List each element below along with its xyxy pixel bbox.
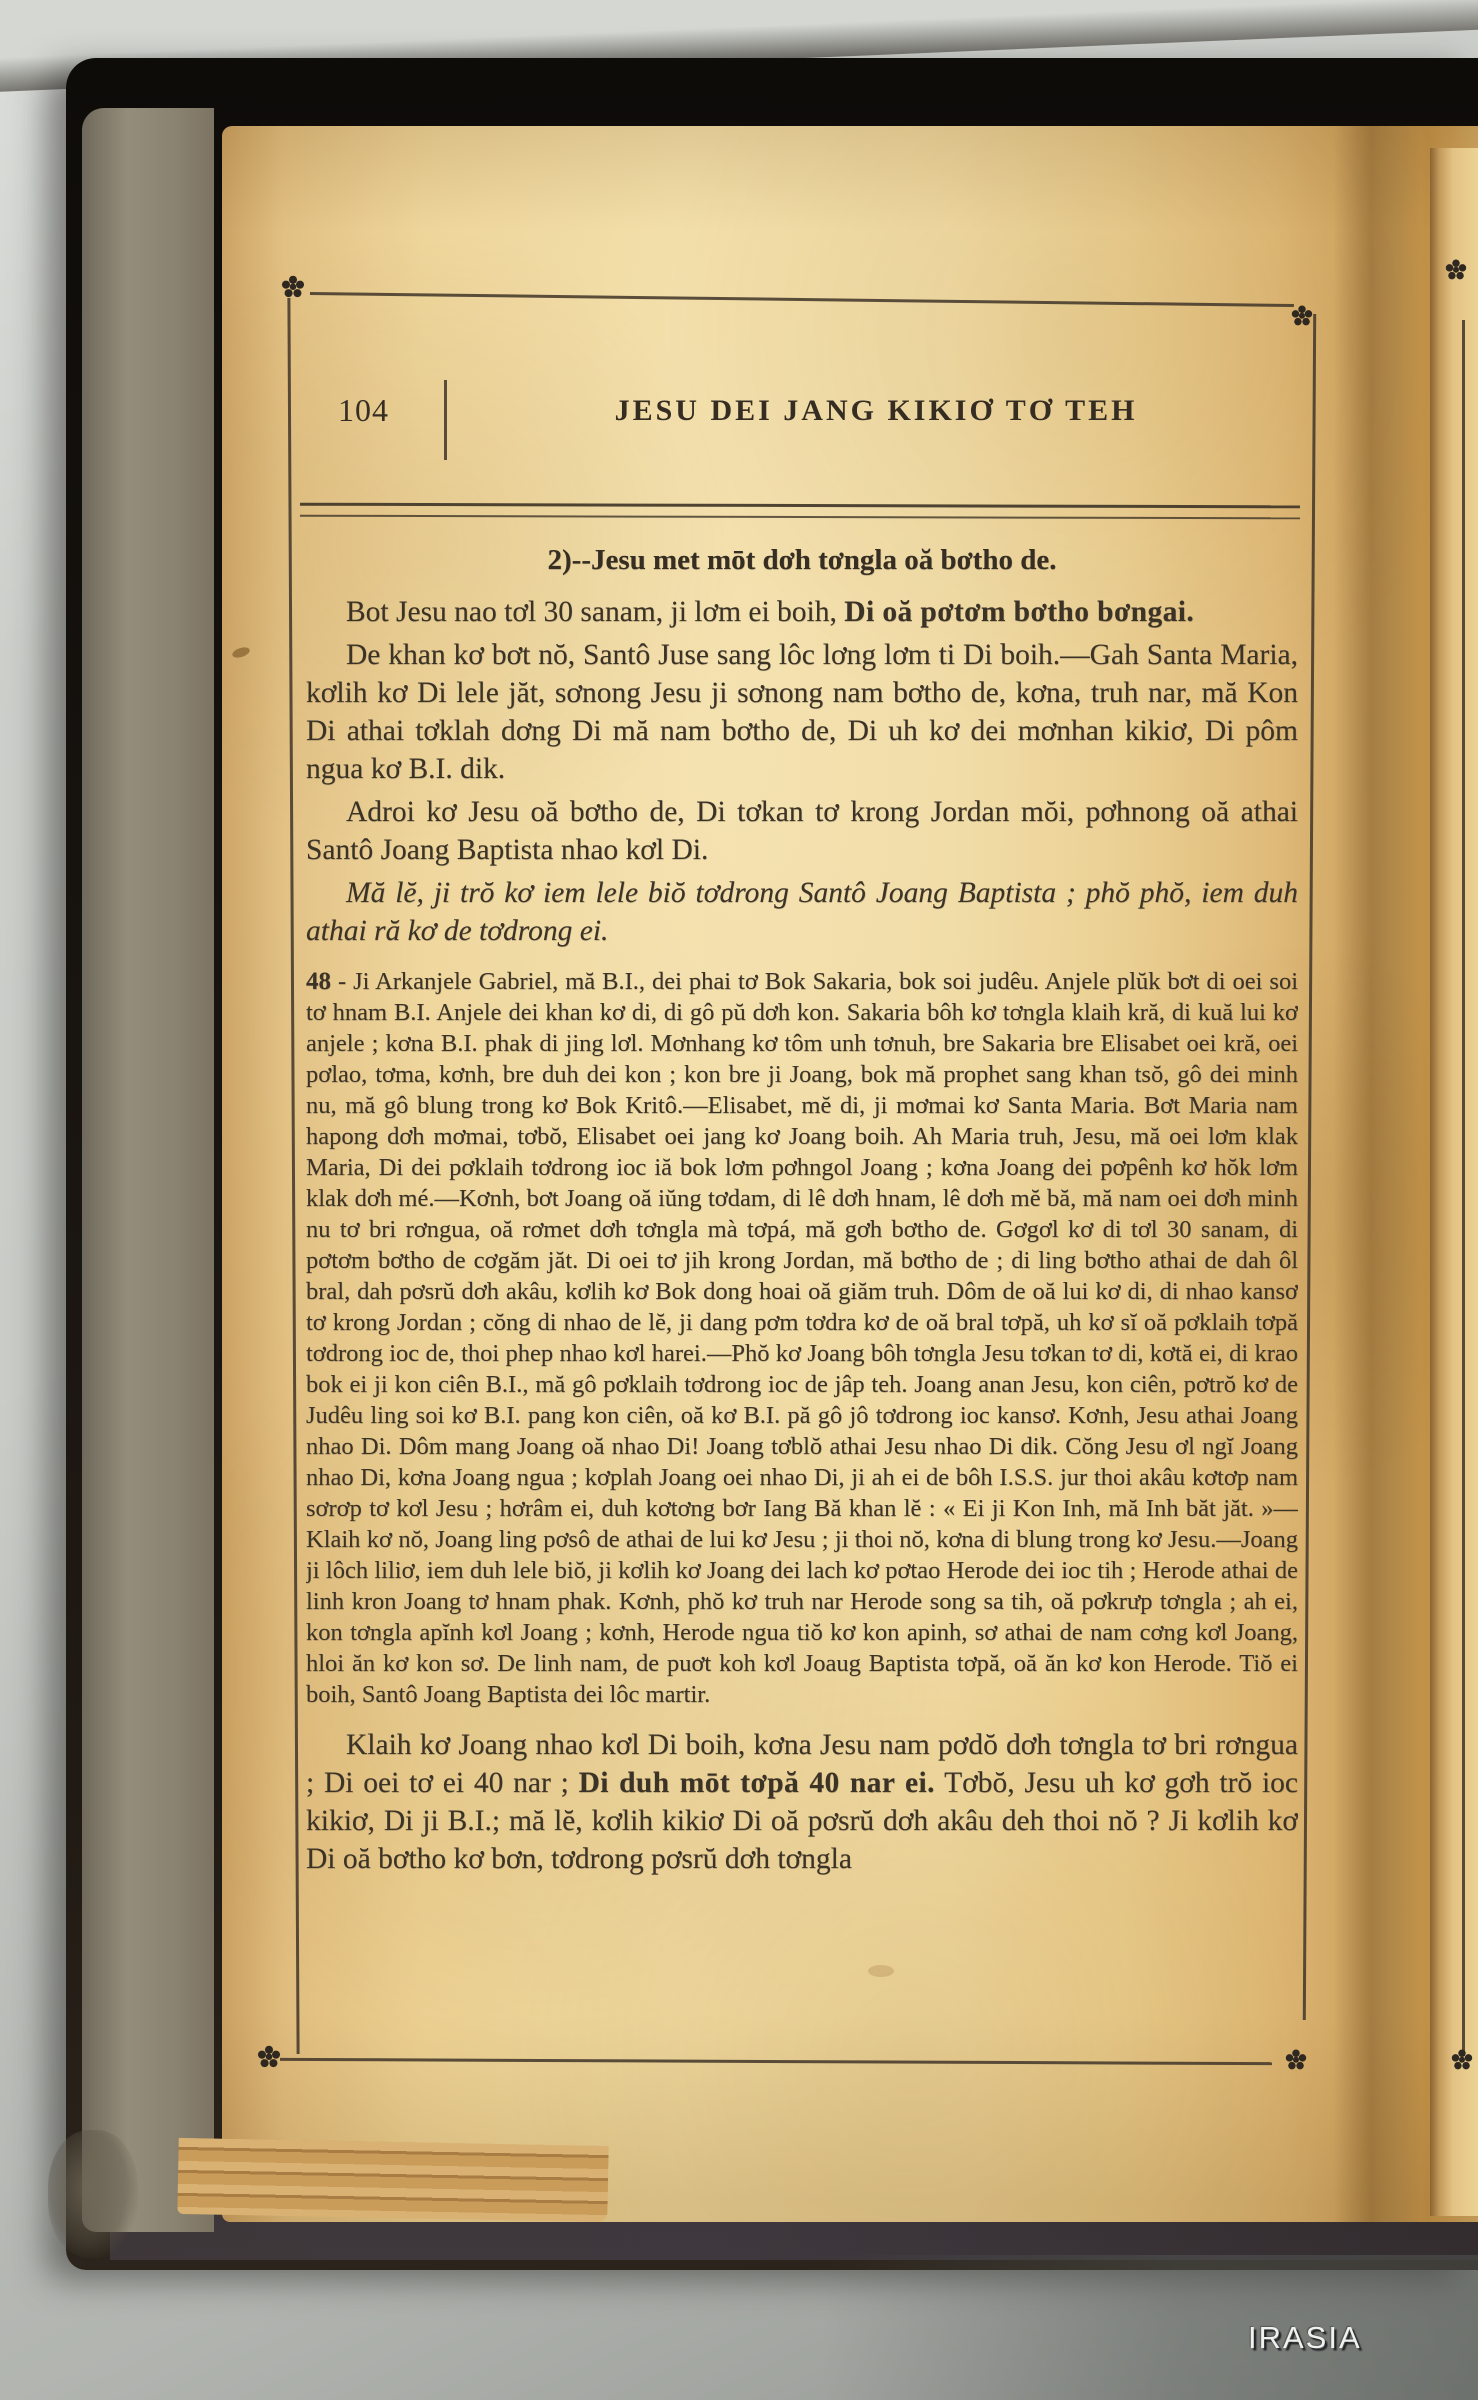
footnote-number: 48	[306, 968, 331, 995]
footnote-text: - Ji Arkanjele Gabriel, mă B.I., dei pha…	[306, 968, 1298, 1708]
paragraph-italic: Mă lĕ, ji trŏ kơ iem lele biŏ tơdrong Sa…	[306, 874, 1298, 950]
paragraph: Bot Jesu nao tơl 30 sanam, ji lơm ei boi…	[306, 593, 1298, 631]
scanner-background-shadow	[820, 2255, 1478, 2400]
top-border-rule	[310, 292, 1294, 307]
facing-page-border-rule	[1462, 320, 1465, 2056]
paragraph: Klaih kơ Joang nhao kơl Di boih, kơna Je…	[306, 1726, 1298, 1878]
worn-cover-corner	[48, 2130, 138, 2258]
paragraph-bold-text: Di oă pơtơm bơtho bơngai.	[844, 596, 1194, 628]
running-title: JESU DEI JANG KIKIƠ TƠ TEH	[472, 394, 1280, 428]
running-header: 104 JESU DEI JANG KIKIƠ TƠ TEH	[292, 390, 1300, 452]
book-scan-page: 104 JESU DEI JANG KIKIƠ TƠ TEH 2)--Jesu …	[0, 0, 1478, 2400]
footnote-paragraph: 48 - Ji Arkanjele Gabriel, mă B.I., dei …	[306, 966, 1298, 1710]
florette-icon	[1284, 2048, 1310, 2074]
header-double-rule	[300, 503, 1300, 520]
paragraph-bold-text: Di duh mōt tơpă 40 nar ei.	[579, 1767, 935, 1799]
florette-icon	[1450, 2048, 1476, 2074]
header-divider	[444, 380, 447, 460]
facing-page-sliver	[1430, 148, 1478, 2216]
bottom-border-rule	[280, 2058, 1272, 2065]
paragraph-text: Bot Jesu nao tơl 30 sanam, ji lơm ei boi…	[346, 596, 844, 628]
paragraph: De khan kơ bơt nŏ, Santô Juse sang lôc l…	[306, 636, 1298, 788]
paragraph: Adroi kơ Jesu oă bơtho de, Di tơkan tơ k…	[306, 793, 1298, 869]
florette-icon	[280, 274, 306, 300]
florette-icon	[1290, 304, 1316, 330]
page-content: 2)--Jesu met mōt dơh tơngla oă bơtho de.…	[306, 540, 1298, 2045]
florette-icon	[1444, 258, 1470, 284]
scan-watermark: IRASIA	[1248, 2320, 1362, 2356]
page-number: 104	[338, 392, 389, 429]
printed-text-block: 104 JESU DEI JANG KIKIƠ TƠ TEH 2)--Jesu …	[292, 248, 1316, 2093]
right-border-rule	[1303, 314, 1316, 2020]
florette-icon	[256, 2044, 282, 2070]
section-heading: 2)--Jesu met mōt dơh tơngla oă bơtho de.	[306, 544, 1298, 577]
page-edge-stack-bottom	[177, 2138, 608, 2222]
